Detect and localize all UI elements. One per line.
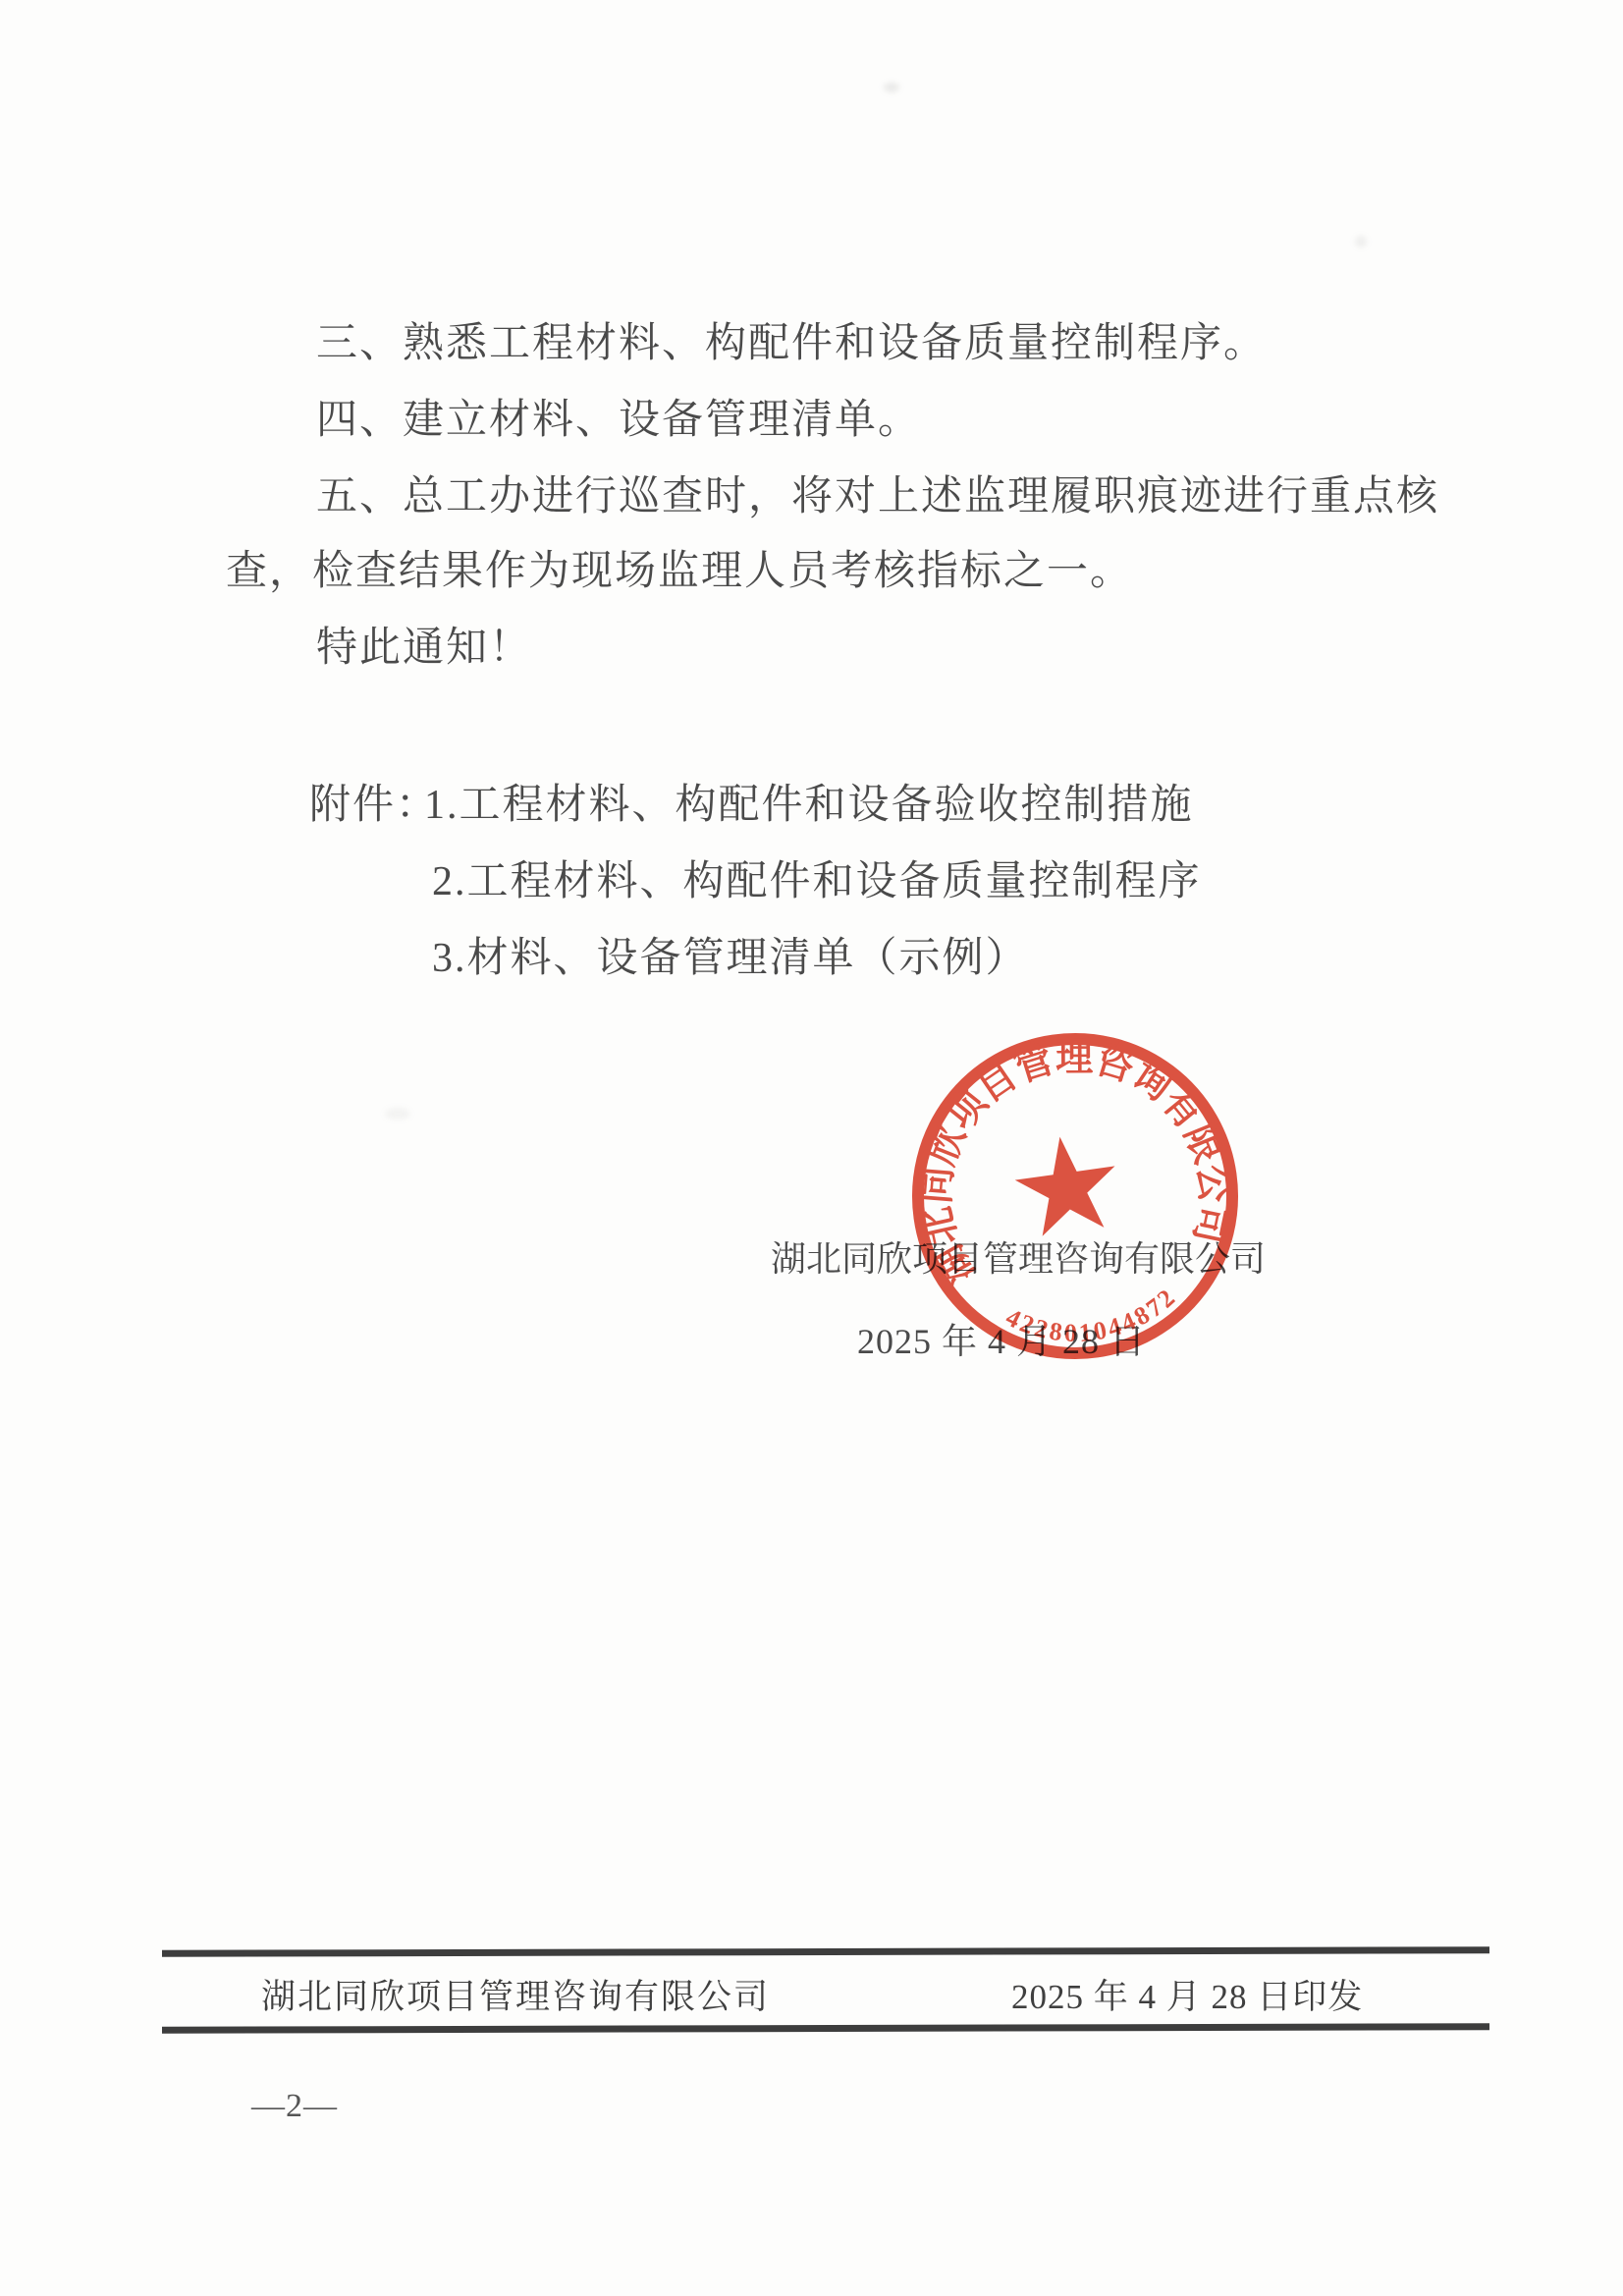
attachment-item-2: 2.工程材料、构配件和设备质量控制程序 xyxy=(432,848,1202,907)
attachments-label: 附件： xyxy=(309,772,439,831)
footer-rule-bottom xyxy=(162,2023,1489,2034)
scan-smudge xyxy=(1355,236,1367,247)
seal-star-icon xyxy=(1010,1129,1123,1238)
scan-smudge xyxy=(385,1108,410,1120)
footer-rule-top xyxy=(162,1946,1489,1957)
attachment-item-1: 1.工程材料、构配件和设备验收控制措施 xyxy=(424,772,1194,831)
body-paragraph-5-line-1: 五、总工办进行巡查时，将对上述监理履职痕迹进行重点核 xyxy=(316,464,1439,522)
footer-company-name: 湖北同欣项目管理咨询有限公司 xyxy=(261,1970,770,2019)
body-paragraph-4: 四、建立材料、设备管理清单。 xyxy=(316,387,921,446)
seal-arc-text: 湖北同欣项目管理咨询有限公司 xyxy=(893,1012,1246,1295)
document-page: 三、熟悉工程材料、构配件和设备质量控制程序。 四、建立材料、设备管理清单。 五、… xyxy=(0,0,1623,2296)
page-number: —2— xyxy=(251,2088,338,2125)
attachment-item-3: 3.材料、设备管理清单（示例） xyxy=(432,925,1029,984)
scan-smudge xyxy=(884,82,899,92)
body-paragraph-3: 三、熟悉工程材料、构配件和设备质量控制程序。 xyxy=(316,310,1267,369)
closing-statement: 特此通知！ xyxy=(316,615,532,674)
footer-print-date: 2025 年 4 月 28 日印发 xyxy=(1011,1970,1363,2019)
company-seal: 湖北同欣项目管理咨询有限公司 422801044872 xyxy=(887,1008,1264,1385)
body-paragraph-5-line-2: 查，检查结果作为现场监理人员考核指标之一。 xyxy=(226,538,1133,597)
